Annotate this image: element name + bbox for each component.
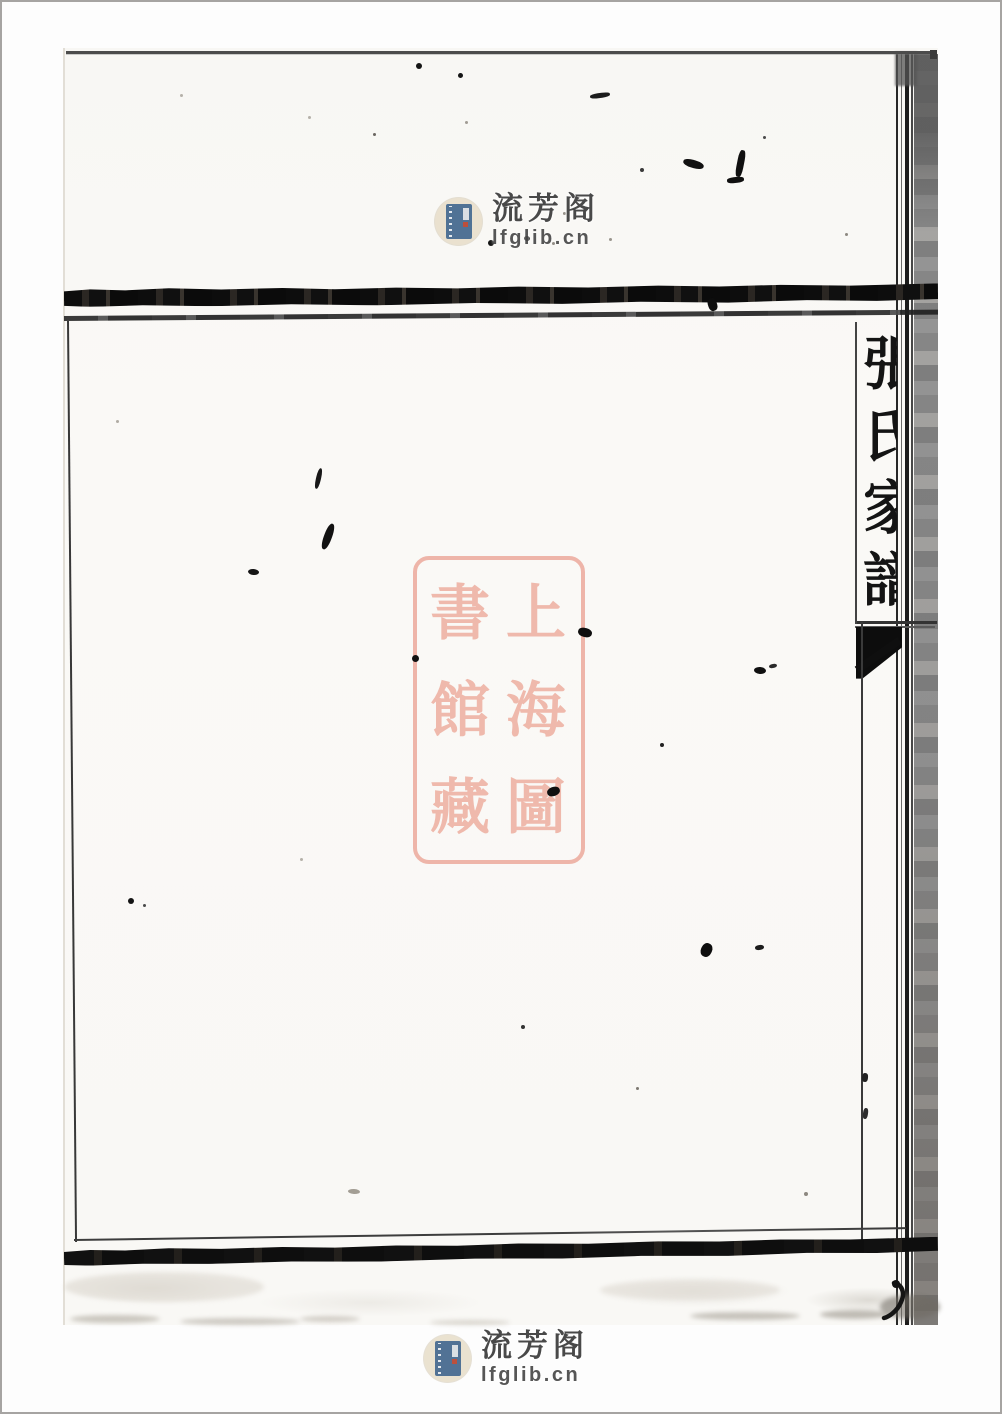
edge-smudge [300, 1316, 360, 1322]
book-spine-stitch [438, 1343, 441, 1374]
page-frame-right [861, 622, 863, 1242]
ink-speck [763, 136, 766, 139]
book-seal-mark [452, 1359, 457, 1364]
title-char: 家 [863, 472, 897, 544]
watermark-site-name: 流芳阁 [492, 194, 600, 225]
watermark-text: 流芳阁 lfglib.cn [481, 1331, 589, 1385]
ink-speck [845, 233, 848, 236]
ink-speck [143, 904, 146, 907]
page-top-border [66, 51, 935, 54]
seal-char: 上 [506, 566, 566, 663]
site-watermark-bottom: 流芳阁 lfglib.cn [424, 1331, 589, 1385]
ink-speck [412, 655, 419, 662]
ink-speck [660, 743, 664, 747]
ink-speck [521, 1025, 525, 1029]
ink-speck [458, 73, 463, 78]
ink-speck [373, 133, 376, 136]
book-seal-mark [463, 222, 468, 227]
ink-speck [636, 1087, 639, 1090]
book-title-slip [463, 208, 469, 220]
ink-speck [180, 94, 183, 97]
binding-line [911, 54, 913, 1325]
library-seal-stamp: 上 海 圖 書 館 藏 [413, 556, 585, 864]
seal-char: 海 [506, 663, 566, 760]
book-icon [435, 1341, 461, 1376]
ink-speck [348, 1189, 360, 1195]
ink-speck [116, 420, 119, 423]
paper-left-edge [63, 48, 65, 1325]
seal-char: 書 [430, 566, 490, 663]
binding-line [896, 54, 898, 1325]
page-top-border-end [930, 50, 937, 59]
edge-smudge [430, 1320, 510, 1325]
binding-shadow-band [914, 54, 938, 1325]
ink-speck [416, 63, 422, 69]
watermark-site-url: lfglib.cn [481, 1365, 589, 1385]
seal-column-left: 書 館 藏 [423, 566, 497, 857]
title-char: 張 [863, 328, 897, 400]
ink-speck [640, 168, 644, 172]
title-char: 譜 [863, 544, 897, 616]
edge-smudge [70, 1315, 160, 1323]
edge-smudge [600, 1280, 780, 1300]
seal-char: 館 [430, 663, 490, 760]
edge-smudge [64, 1272, 264, 1302]
book-icon [446, 204, 472, 239]
site-watermark-top: 流芳阁 lfglib.cn [435, 194, 600, 248]
seal-char: 藏 [430, 760, 490, 857]
ink-speck [609, 238, 612, 241]
ink-speck [300, 858, 303, 861]
binding-top-blotch [895, 52, 917, 86]
ink-speck [465, 121, 468, 124]
watermark-site-name: 流芳阁 [481, 1331, 589, 1362]
binding-line [905, 54, 909, 1325]
edge-smudge [180, 1318, 300, 1325]
watermark-site-url: lfglib.cn [492, 228, 600, 248]
ink-hook-mark [880, 1278, 910, 1324]
watermark-book-logo-icon [424, 1335, 471, 1382]
ink-speck [308, 116, 311, 119]
binding-panel-line [855, 621, 937, 624]
page-frame-right [855, 322, 857, 624]
ink-speck [804, 1192, 808, 1196]
edge-smudge [690, 1312, 800, 1320]
ink-speck [128, 898, 134, 904]
seal-char: 圖 [506, 760, 566, 857]
scanned-genealogy-page: 張 氏 家 譜 上 海 圖 書 館 藏 [0, 0, 1002, 1414]
watermark-book-logo-icon [435, 198, 482, 245]
book-title-slip [452, 1345, 458, 1357]
watermark-text: 流芳阁 lfglib.cn [492, 194, 600, 248]
seal-column-right: 上 海 圖 [499, 566, 573, 857]
book-spine-stitch [449, 206, 452, 237]
title-char: 氏 [863, 400, 897, 472]
book-title-vertical: 張 氏 家 譜 [863, 328, 897, 628]
binding-line [901, 54, 902, 1325]
